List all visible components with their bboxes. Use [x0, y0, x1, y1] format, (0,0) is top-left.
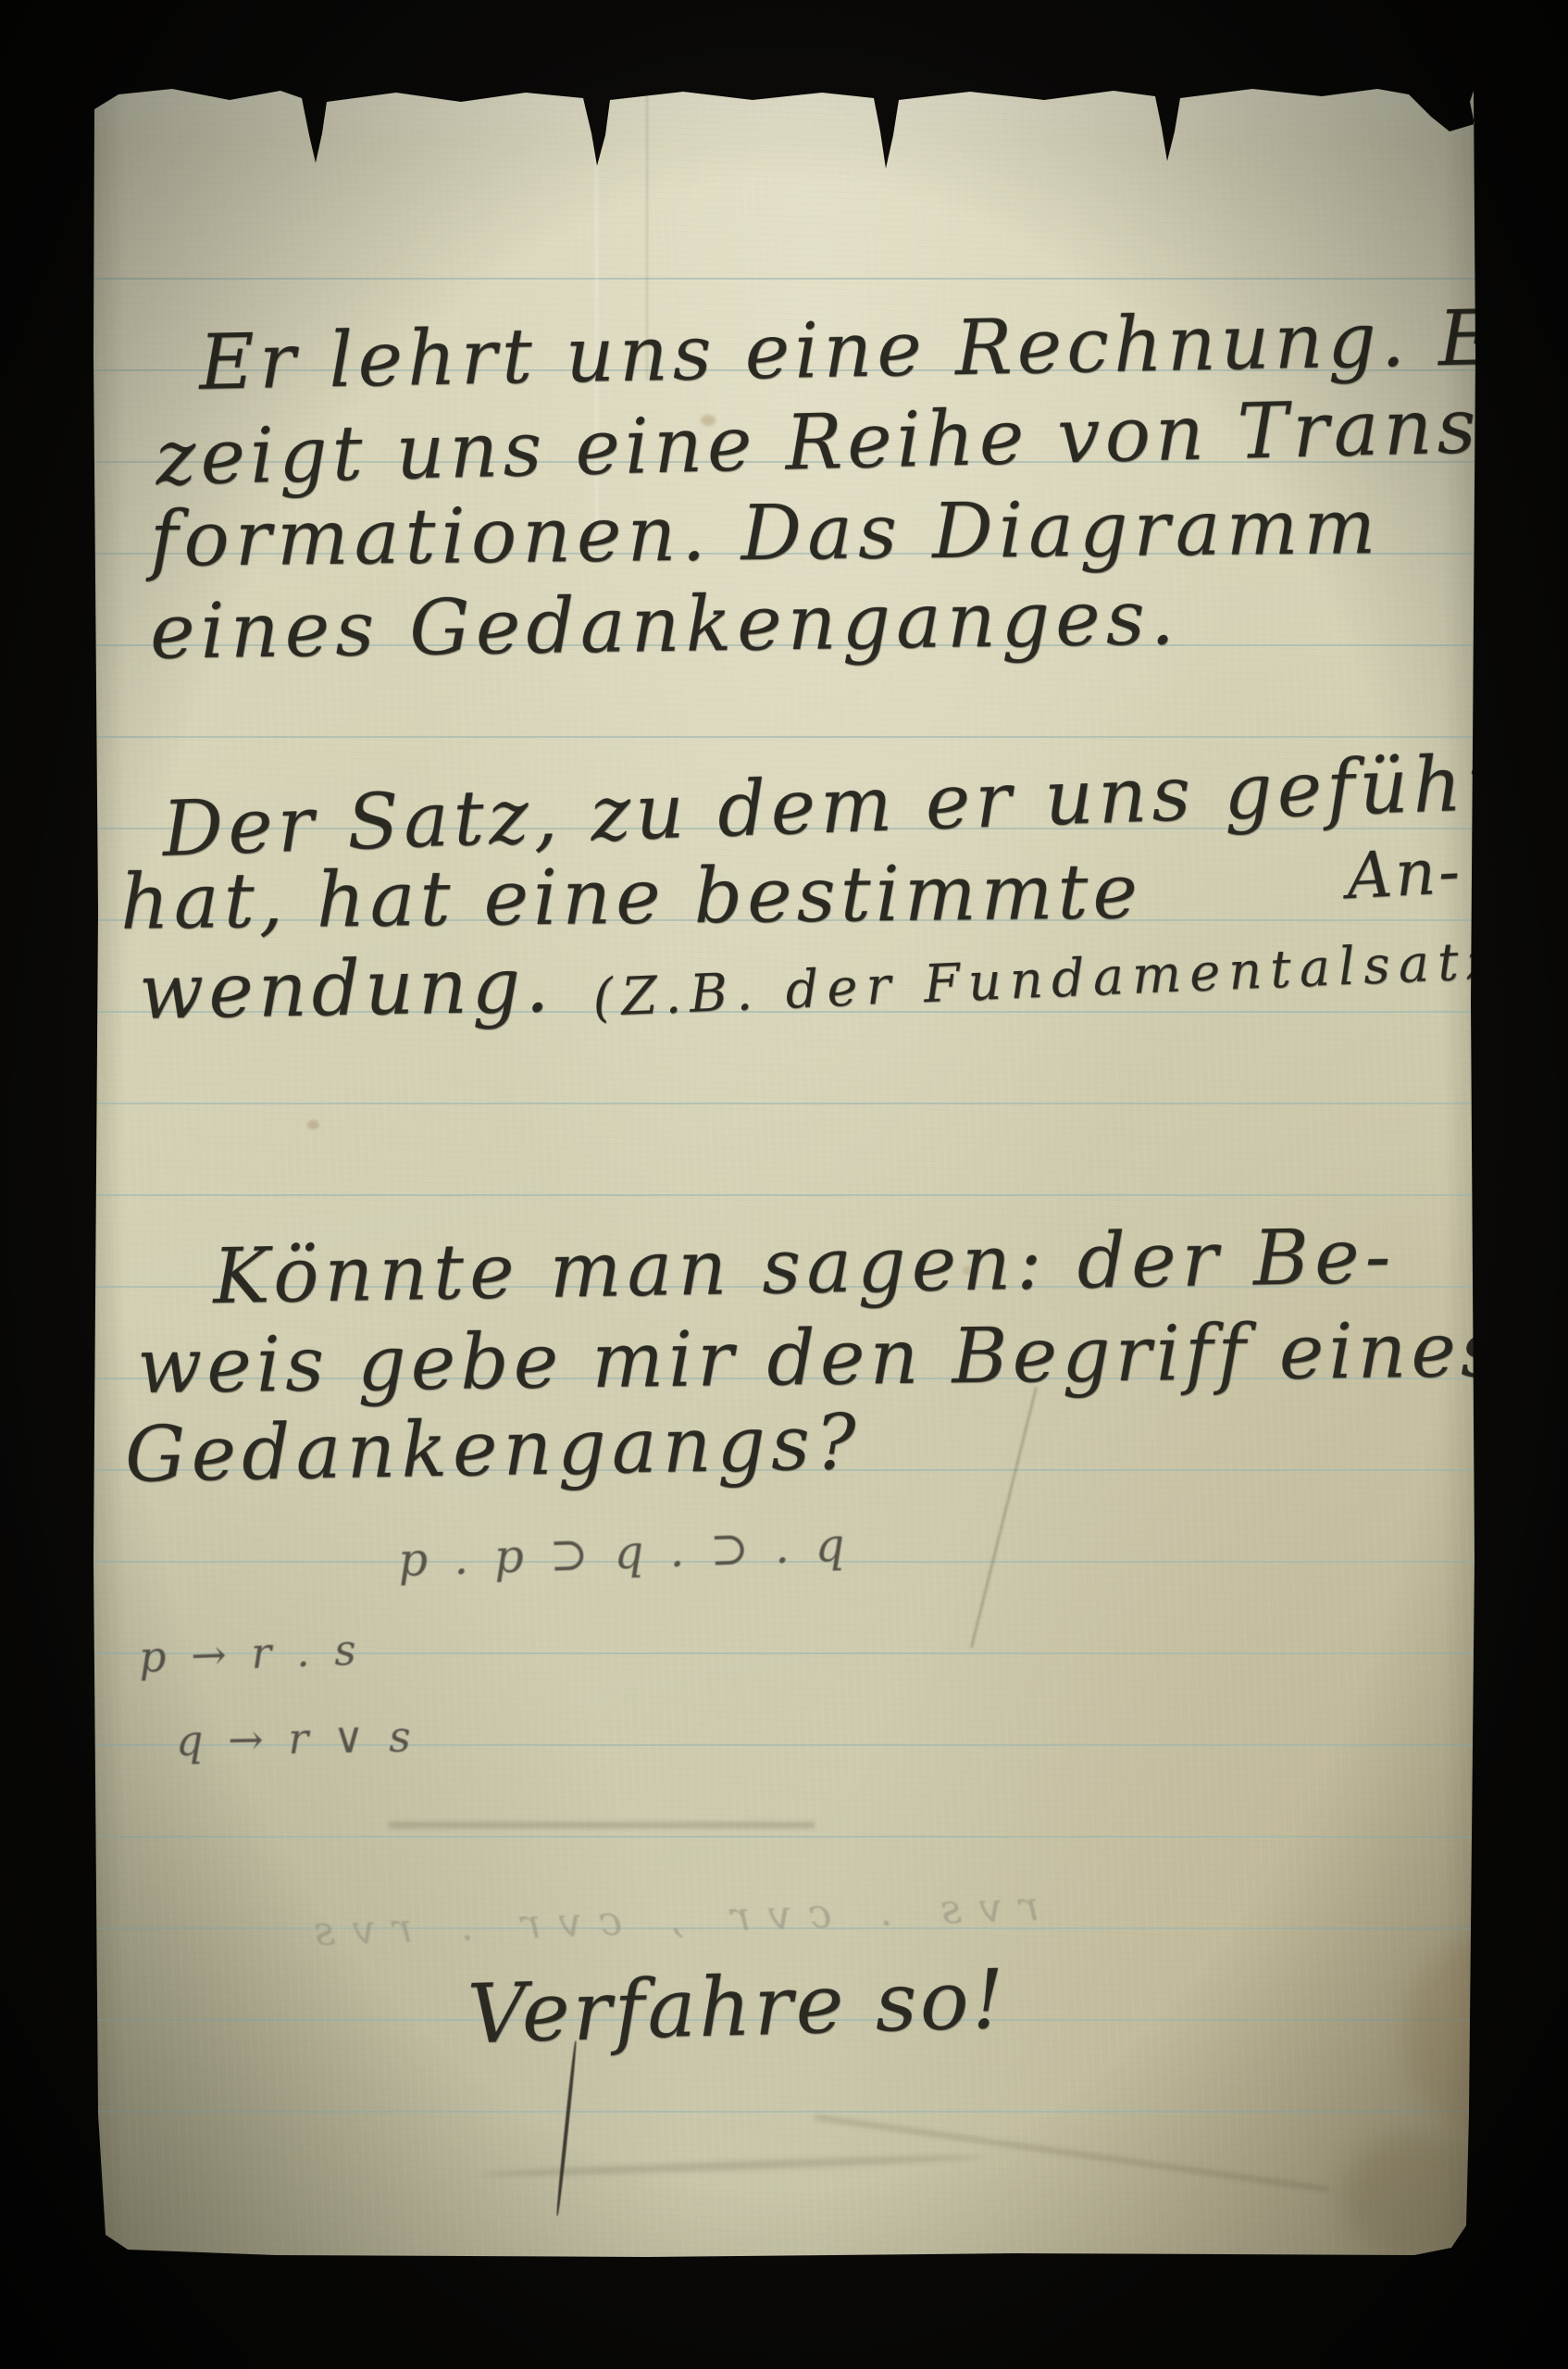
handwriting-line: eines Gedankenganges.	[149, 580, 1180, 671]
formula-substitution-2: q → r ∨ s	[176, 1715, 417, 1763]
handwriting-line: hat, hat eine bestimmte	[120, 854, 1143, 941]
handwriting-line: Könnte man sagen: der Be-	[212, 1219, 1397, 1315]
fox-stain	[307, 1120, 319, 1129]
handwriting-line: Der Satz, zu dem er uns geführt	[161, 744, 1543, 868]
edge-stain	[1405, 1939, 1553, 2133]
ink-descender-stroke	[555, 2040, 578, 2215]
ruled-line	[91, 2111, 1477, 2113]
formula-substitution-1: p → r . s	[138, 1628, 362, 1678]
handwriting-line: wendung.	[138, 948, 554, 1031]
closing-exclamation-line: Verfahre so!	[467, 1959, 1008, 2055]
scan-background: Er lehrt uns eine Rechnung. Er zeigt uns…	[0, 0, 1568, 2369]
crease-mark	[815, 2115, 1328, 2191]
ruled-line	[91, 1194, 1477, 1196]
manuscript-page: Er lehrt uns eine Rechnung. Er zeigt uns…	[91, 78, 1477, 2261]
pencil-smudge	[389, 1822, 815, 1828]
ruled-line	[91, 1103, 1477, 1104]
formula-modus-ponens: p . p ⊃ q . ⊃ . q	[397, 1521, 851, 1583]
pencil-smudge	[481, 2153, 981, 2179]
ruled-line	[91, 736, 1477, 738]
mirror-writing-line: rvs . cvr , cvr . rvs	[295, 1887, 1039, 1953]
ruled-line	[91, 1836, 1477, 1838]
handwriting-line: formationen. Das Diagramm	[150, 490, 1382, 579]
ruled-line	[91, 278, 1477, 280]
handwriting-line: Gedankengangs?	[124, 1405, 862, 1494]
handwriting-word-raised: An-	[1345, 841, 1463, 909]
handwriting-line: weis gebe mir den Begriff eines	[137, 1313, 1505, 1405]
corner-stain	[1340, 2133, 1507, 2263]
crease-mark	[970, 1387, 1038, 1648]
